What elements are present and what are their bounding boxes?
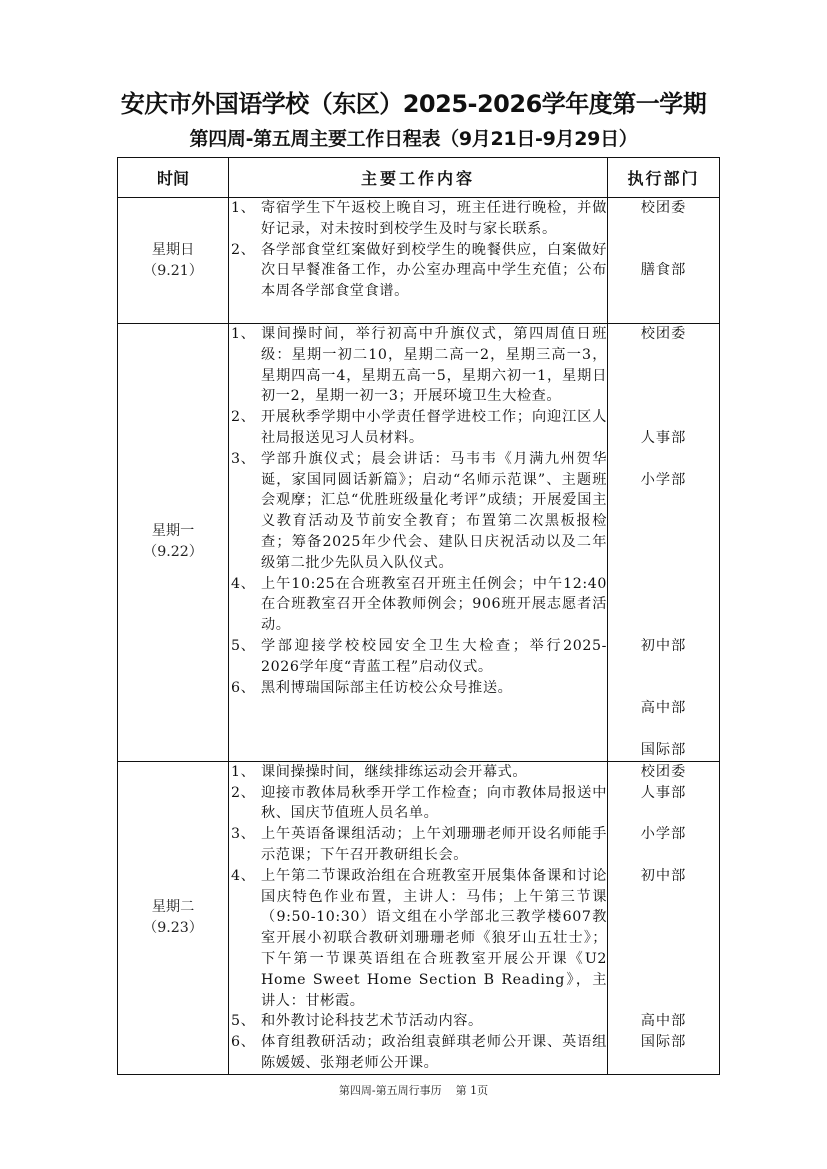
item-text: 上午英语备课组活动；上午刘珊珊老师开设名师能手示范课；下午召开教研组长会。 [261, 824, 607, 866]
item-number: 5、 [229, 1011, 261, 1032]
item-text: 各学部食堂红案做好到校学生的晚餐供应，白案做好次日早餐准备工作，办公室办理高中学… [261, 240, 607, 302]
list-item: 5、学部迎接学校校园安全卫生大检查；举行2025-2026学年度“青蓝工程”启动… [229, 636, 607, 678]
department: 校团委 [608, 198, 719, 219]
department: 小学部 [608, 824, 719, 845]
item-text: 上午10:25在合班教室召开班主任例会；中午12:40在合班教室召开全体教师例会… [261, 574, 607, 636]
list-item: 3、学部升旗仪式；晨会讲话：马韦韦《月满九州贺华诞，家国同圆话新篇》；启动“名师… [229, 449, 607, 574]
content-cell: 1、寄宿学生下午返校上晚自习，班主任进行晚检，并做好记录，对未按时到校学生及时与… [229, 198, 608, 324]
item-number: 3、 [229, 824, 261, 866]
item-number: 1、 [229, 198, 261, 240]
department: 初中部 [608, 866, 719, 887]
list-item: 1、课间操操时间，继续排练运动会开幕式。 [229, 762, 607, 783]
list-item: 1、课间操时间，举行初高中升旗仪式，第四周值日班级：星期一初二10，星期二高一2… [229, 324, 607, 407]
list-item: 2、开展秋季学期中小学责任督学进校工作；向迎江区人社局报送见习人员材料。 [229, 407, 607, 449]
header-content: 主要工作内容 [229, 158, 608, 198]
header-time: 时间 [118, 158, 229, 198]
page-number: 第 1页 [456, 1084, 489, 1097]
day-name: 星期日 [118, 240, 228, 261]
department: 校团委 [608, 762, 719, 783]
item-number: 5、 [229, 636, 261, 678]
item-number: 6、 [229, 1032, 261, 1074]
department-cell: 校团委 膳食部 [608, 198, 720, 324]
day-cell: 星期日 （9.21） [118, 198, 229, 324]
item-number: 4、 [229, 574, 261, 636]
item-number: 4、 [229, 866, 261, 1012]
item-text: 和外教讨论科技艺术节活动内容。 [261, 1011, 607, 1032]
item-text: 黑利博瑞国际部主任访校公众号推送。 [261, 678, 607, 699]
item-text: 课间操时间，举行初高中升旗仪式，第四周值日班级：星期一初二10，星期二高一2，星… [261, 324, 607, 407]
list-item: 1、寄宿学生下午返校上晚自习，班主任进行晚检，并做好记录，对未按时到校学生及时与… [229, 198, 607, 240]
department: 高中部 [608, 1011, 719, 1032]
list-item: 2、各学部食堂红案做好到校学生的晚餐供应，白案做好次日早餐准备工作，办公室办理高… [229, 240, 607, 302]
header-department: 执行部门 [608, 158, 720, 198]
item-number: 6、 [229, 678, 261, 699]
list-item: 6、黑利博瑞国际部主任访校公众号推送。 [229, 678, 607, 699]
item-text: 迎接市教体局秋季开学工作检查；向市教体局报送中秋、国庆节值班人员名单。 [261, 783, 607, 825]
footer-label: 第四周-第五周行事历 [339, 1084, 442, 1097]
document-subtitle: 第四周-第五周主要工作日程表（9月21日-9月29日） [0, 124, 827, 151]
list-item: 6、体育组教研活动；政治组袁鲜琪老师公开课、英语组陈媛媛、张翔老师公开课。 [229, 1032, 607, 1074]
document-title: 安庆市外国语学校（东区）2025-2026学年度第一学期 [0, 84, 827, 119]
department: 人事部 [608, 428, 719, 449]
list-item: 4、上午第二节课政治组在合班教室开展集体备课和讨论国庆特色作业布置，主讲人：马伟… [229, 866, 607, 1012]
item-text: 开展秋季学期中小学责任督学进校工作；向迎江区人社局报送见习人员材料。 [261, 407, 607, 449]
item-text: 课间操操时间，继续排练运动会开幕式。 [261, 762, 607, 783]
department-cell: 校团委 人事部 小学部 初中部 高中部 国际部 [608, 761, 720, 1074]
item-number: 1、 [229, 762, 261, 783]
day-cell: 星期一 （9.22） [118, 324, 229, 762]
table-header-row: 时间 主要工作内容 执行部门 [118, 158, 720, 198]
department: 校团委 [608, 324, 719, 345]
department: 人事部 [608, 783, 719, 804]
item-number: 1、 [229, 324, 261, 407]
day-date: （9.23） [118, 918, 228, 939]
department: 高中部 [608, 698, 719, 719]
content-cell: 1、课间操操时间，继续排练运动会开幕式。 2、迎接市教体局秋季开学工作检查；向市… [229, 761, 608, 1074]
table-row: 星期二 （9.23） 1、课间操操时间，继续排练运动会开幕式。 2、迎接市教体局… [118, 761, 720, 1074]
item-number: 2、 [229, 407, 261, 449]
item-number: 2、 [229, 783, 261, 825]
list-item: 5、和外教讨论科技艺术节活动内容。 [229, 1011, 607, 1032]
table-row: 星期一 （9.22） 1、课间操时间，举行初高中升旗仪式，第四周值日班级：星期一… [118, 324, 720, 762]
day-date: （9.21） [118, 261, 228, 282]
day-cell: 星期二 （9.23） [118, 761, 229, 1074]
item-text: 学部迎接学校校园安全卫生大检查；举行2025-2026学年度“青蓝工程”启动仪式… [261, 636, 607, 678]
item-number: 3、 [229, 449, 261, 574]
item-number: 2、 [229, 240, 261, 302]
day-name: 星期一 [118, 521, 228, 542]
table-row: 星期日 （9.21） 1、寄宿学生下午返校上晚自习，班主任进行晚检，并做好记录，… [118, 198, 720, 324]
list-item: 4、上午10:25在合班教室召开班主任例会；中午12:40在合班教室召开全体教师… [229, 574, 607, 636]
department: 国际部 [608, 1032, 719, 1053]
item-text: 学部升旗仪式；晨会讲话：马韦韦《月满九州贺华诞，家国同圆话新篇》；启动“名师示范… [261, 449, 607, 574]
list-item: 2、迎接市教体局秋季开学工作检查；向市教体局报送中秋、国庆节值班人员名单。 [229, 783, 607, 825]
schedule-table: 时间 主要工作内容 执行部门 星期日 （9.21） 1、寄宿学生下午返校上晚自习… [117, 157, 720, 1075]
page-footer: 第四周-第五周行事历 第 1页 [0, 1082, 827, 1098]
item-text: 上午第二节课政治组在合班教室开展集体备课和讨论国庆特色作业布置，主讲人：马伟；上… [261, 866, 607, 1012]
department: 小学部 [608, 470, 719, 491]
department: 初中部 [608, 636, 719, 657]
list-item: 3、上午英语备课组活动；上午刘珊珊老师开设名师能手示范课；下午召开教研组长会。 [229, 824, 607, 866]
department: 国际部 [608, 740, 719, 761]
day-name: 星期二 [118, 897, 228, 918]
day-date: （9.22） [118, 542, 228, 563]
department-cell: 校团委 人事部 小学部 初中部 高中部 国际部 [608, 324, 720, 762]
item-text: 寄宿学生下午返校上晚自习，班主任进行晚检，并做好记录，对未按时到校学生及时与家长… [261, 198, 607, 240]
content-cell: 1、课间操时间，举行初高中升旗仪式，第四周值日班级：星期一初二10，星期二高一2… [229, 324, 608, 762]
department: 膳食部 [608, 260, 719, 281]
item-text: 体育组教研活动；政治组袁鲜琪老师公开课、英语组陈媛媛、张翔老师公开课。 [261, 1032, 607, 1074]
